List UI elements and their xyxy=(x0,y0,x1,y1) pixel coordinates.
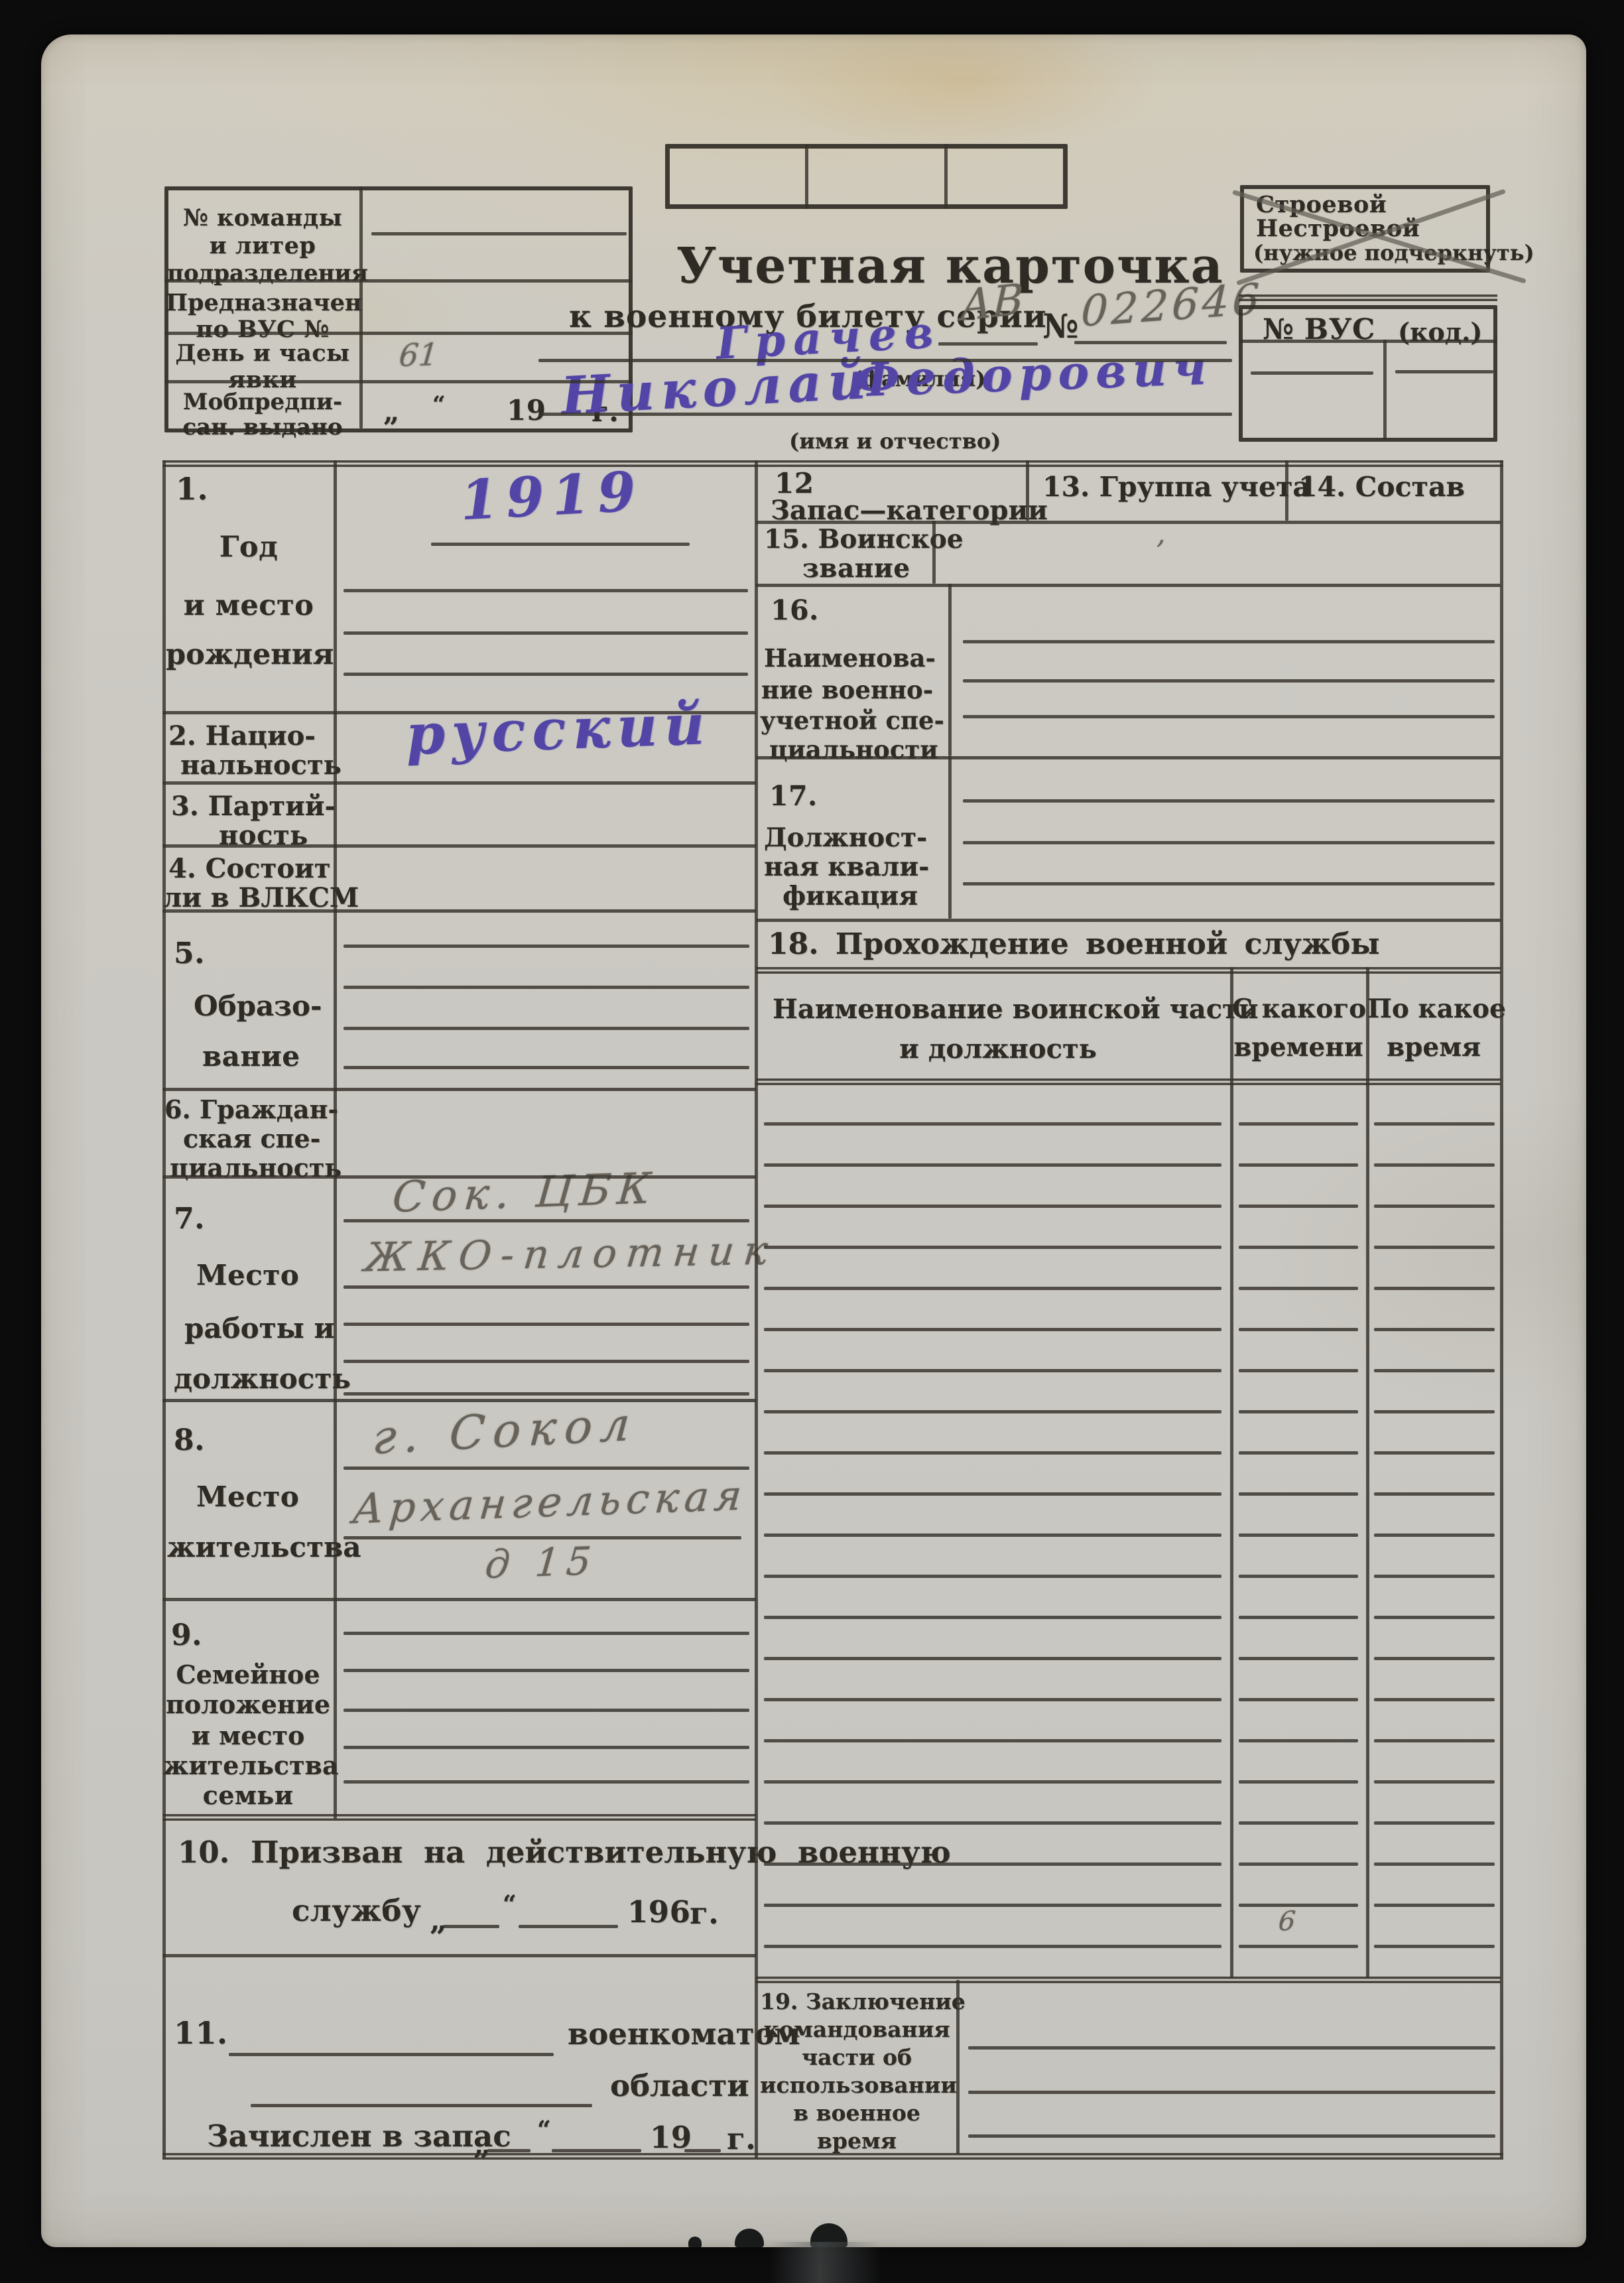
form-rule-horizontal xyxy=(963,640,1495,643)
form-rule-horizontal xyxy=(764,1821,1221,1825)
form-rule-horizontal xyxy=(344,1219,749,1222)
form-rule-horizontal xyxy=(1374,1451,1495,1455)
form-rule-horizontal xyxy=(164,332,633,335)
corner-row4-label: сан. выдано xyxy=(167,414,358,440)
form-rule-vertical xyxy=(1366,967,1369,1978)
corner-row3-label: День и часы xyxy=(167,340,358,367)
form-rule-vertical xyxy=(948,756,952,919)
form-rule-vertical xyxy=(956,1980,960,2154)
form-rule-horizontal xyxy=(538,359,1232,362)
form-rule-horizontal xyxy=(1239,1739,1358,1742)
form-rule-horizontal xyxy=(764,1780,1221,1784)
table-col2-header: времени xyxy=(1232,1032,1365,1063)
corner-row2-label: Предназначен xyxy=(166,289,359,316)
form-rule-horizontal xyxy=(1239,1575,1358,1578)
form-rule-horizontal xyxy=(764,1492,1221,1496)
item9-label: и место xyxy=(163,1721,333,1750)
item9-label: жительства xyxy=(163,1750,333,1780)
form-rule-horizontal xyxy=(1239,1904,1358,1907)
form-rule-horizontal xyxy=(764,1122,1221,1126)
form-rule-horizontal xyxy=(1374,1657,1495,1660)
form-rule-horizontal xyxy=(764,1862,1221,1866)
item10-word: службу xyxy=(292,1893,421,1928)
item8-label: Место xyxy=(196,1480,299,1513)
handwritten-series: АВ xyxy=(960,275,1025,332)
form-rule-horizontal xyxy=(344,1746,749,1749)
item11-suffix2: области xyxy=(610,2068,749,2103)
form-rule-horizontal xyxy=(1239,1246,1358,1249)
form-rule-horizontal xyxy=(443,1925,499,1928)
form-rule-horizontal xyxy=(968,2046,1495,2050)
item16-label: циальности xyxy=(769,735,938,764)
form-rule-horizontal xyxy=(1374,1410,1495,1413)
form-rule-horizontal xyxy=(344,1467,749,1470)
form-rule-horizontal xyxy=(538,413,1232,416)
form-rule-horizontal xyxy=(764,1657,1221,1660)
form-rule-vertical xyxy=(1230,967,1233,1978)
form-rule-horizontal xyxy=(1374,1575,1495,1578)
form-rule-horizontal xyxy=(756,1977,1501,1983)
form-rule-horizontal xyxy=(344,1709,749,1712)
form-rule-horizontal xyxy=(1374,1369,1495,1372)
form-rule-horizontal xyxy=(1374,1246,1495,1249)
corner-row1-label: № команды xyxy=(167,204,358,231)
item16-label: Наименова- xyxy=(764,643,936,673)
table-col2-header: С какого xyxy=(1232,994,1365,1024)
form-rule-horizontal xyxy=(1374,1163,1495,1167)
form-rule-horizontal xyxy=(1374,1780,1495,1784)
pencil-table-mark: 6 xyxy=(1277,1906,1296,1937)
item19-label: использовании xyxy=(760,2072,954,2098)
form-rule-horizontal xyxy=(764,1698,1221,1701)
form-rule-horizontal xyxy=(1374,1205,1495,1208)
scanned-military-card: № команды и литер подразделения Предназн… xyxy=(0,0,1624,2283)
form-rule-horizontal xyxy=(756,584,1501,587)
form-rule-horizontal xyxy=(162,781,756,785)
form-rule-horizontal xyxy=(162,1954,756,1957)
form-rule-horizontal xyxy=(1395,370,1493,373)
form-rule-horizontal xyxy=(1239,1945,1358,1948)
form-rule-horizontal xyxy=(1239,1616,1358,1619)
item2-label: 2. Нацио- xyxy=(168,720,316,751)
form-rule-horizontal xyxy=(344,1323,749,1326)
quote-open: „ xyxy=(383,395,400,428)
item13-label: 13. Группа учета xyxy=(1042,471,1310,503)
form-rule-horizontal xyxy=(162,844,756,848)
quote-close: “ xyxy=(432,391,446,418)
form-rule-horizontal xyxy=(963,715,1495,718)
form-rule-vertical xyxy=(805,144,808,209)
form-rule-horizontal xyxy=(756,919,1501,922)
item9-number: 9. xyxy=(171,1618,202,1652)
form-rule-horizontal xyxy=(764,1410,1221,1413)
form-rule-horizontal xyxy=(344,1632,749,1635)
item1-label: рождения xyxy=(166,638,332,671)
form-rule-horizontal xyxy=(1374,1739,1495,1742)
form-rule-vertical xyxy=(162,460,166,2158)
item5-number: 5. xyxy=(174,937,205,970)
item19-label: 19. Заключение xyxy=(760,1989,954,2014)
form-rule-vertical xyxy=(948,584,952,756)
form-rule-horizontal xyxy=(162,1088,756,1091)
form-rule-horizontal xyxy=(162,1175,756,1179)
form-rule-horizontal xyxy=(344,945,749,948)
form-rule-horizontal xyxy=(344,1780,749,1784)
form-rule-horizontal xyxy=(1374,1328,1495,1331)
form-rule-horizontal xyxy=(431,543,690,546)
form-rule-horizontal xyxy=(1374,1698,1495,1701)
printed-year-prefix: 19 xyxy=(507,394,546,426)
form-rule-horizontal xyxy=(1374,1821,1495,1825)
form-rule-horizontal xyxy=(1239,1122,1358,1126)
form-rule-horizontal xyxy=(756,521,1501,524)
form-rule-horizontal xyxy=(968,2091,1495,2094)
corner-row1-label: подразделения xyxy=(167,260,358,287)
item4-label: 4. Состоит xyxy=(168,853,330,884)
item19-label: части об xyxy=(760,2044,954,2070)
form-rule-horizontal xyxy=(963,882,1495,885)
handwritten-house: д 15 xyxy=(483,1538,599,1587)
form-rule-horizontal xyxy=(1239,1492,1358,1496)
form-rule-horizontal xyxy=(1239,1533,1358,1537)
form-rule-horizontal xyxy=(963,799,1495,803)
form-rule-horizontal xyxy=(162,1598,756,1601)
corner-row2-label: по ВУС № xyxy=(167,316,358,343)
form-rule-horizontal xyxy=(251,2104,592,2107)
item1-label: Год xyxy=(166,531,332,564)
form-rule-horizontal xyxy=(162,2153,1503,2160)
form-rule-horizontal xyxy=(1374,1533,1495,1537)
item10-year: 196 xyxy=(627,1894,690,1929)
form-rule-horizontal xyxy=(1239,1698,1358,1701)
item11-year-suffix: г. xyxy=(727,2121,756,2156)
form-rule-horizontal xyxy=(162,460,1503,467)
item1-label: и место xyxy=(166,589,332,622)
form-rule-vertical xyxy=(334,460,337,1819)
item19-label: в военное xyxy=(760,2100,954,2126)
form-rule-vertical xyxy=(1285,460,1288,521)
form-rule-vertical xyxy=(1026,460,1029,521)
quote-close: “ xyxy=(537,2116,551,2144)
form-rule-horizontal xyxy=(1239,294,1497,301)
form-rule-horizontal xyxy=(1251,371,1373,375)
item5-label: вание xyxy=(202,1040,300,1073)
form-rule-vertical xyxy=(1500,460,1503,2158)
form-rule-horizontal xyxy=(756,967,1501,974)
form-rule-horizontal xyxy=(764,1533,1221,1537)
item16-label: ние военно- xyxy=(761,675,933,704)
form-rule-horizontal xyxy=(1239,1862,1358,1866)
form-rule-horizontal xyxy=(344,673,748,676)
form-rule-horizontal xyxy=(344,986,749,989)
form-rule-horizontal xyxy=(764,1163,1221,1167)
form-rule-horizontal xyxy=(968,2134,1495,2138)
number-sign: № xyxy=(1042,306,1079,346)
item1-number: 1. xyxy=(176,471,208,507)
item9-label: положение xyxy=(163,1689,333,1719)
form-rule-horizontal xyxy=(552,2149,641,2152)
form-rule-horizontal xyxy=(764,1205,1221,1208)
form-rule-horizontal xyxy=(162,1399,756,1402)
form-rule-vertical xyxy=(1383,340,1387,440)
form-rule-horizontal xyxy=(344,1360,749,1363)
form-rule-horizontal xyxy=(764,1369,1221,1372)
form-rule-horizontal xyxy=(764,1739,1221,1742)
form-rule-horizontal xyxy=(1239,1287,1358,1290)
item11-prefix: Зачислен в запас xyxy=(207,2119,511,2154)
handwritten-nationality: русский xyxy=(405,691,712,767)
form-rule-horizontal xyxy=(344,1285,749,1289)
form-rule-horizontal xyxy=(684,2149,721,2152)
form-rule-horizontal xyxy=(519,1925,618,1928)
form-rule-horizontal xyxy=(1074,341,1227,344)
table-col3-header: По какое xyxy=(1367,994,1500,1024)
handwritten-day-hours: 61 xyxy=(398,336,440,373)
item17-label: ная квали- xyxy=(764,852,929,882)
form-rule-horizontal xyxy=(162,1814,756,1821)
quote-open: „ xyxy=(430,1902,447,1937)
form-rule-horizontal xyxy=(764,1616,1221,1619)
form-rule-horizontal xyxy=(344,631,748,635)
form-rule-horizontal xyxy=(764,1287,1221,1290)
form-rule-horizontal xyxy=(344,1027,749,1030)
item16-label: учетной спе- xyxy=(760,706,944,735)
form-rule-horizontal xyxy=(1239,1205,1358,1208)
form-rule-horizontal xyxy=(344,1536,741,1539)
item5-label: Образо- xyxy=(194,990,322,1022)
item17-label: фикация xyxy=(782,881,918,911)
form-rule-horizontal xyxy=(1239,1780,1358,1784)
item8-label: жительства xyxy=(167,1531,361,1563)
form-rule-horizontal xyxy=(1374,1122,1495,1126)
form-rule-horizontal xyxy=(1374,1862,1495,1866)
form-rule-horizontal xyxy=(1239,1369,1358,1372)
index-cells-box xyxy=(665,144,1068,209)
item2-label: нальность xyxy=(180,750,342,781)
item14-label: 14. Состав xyxy=(1298,471,1465,503)
form-rule-horizontal xyxy=(1239,1328,1358,1331)
item7-label: Место xyxy=(196,1259,299,1291)
item15-label: звание xyxy=(802,553,910,584)
item10-year-suffix: г. xyxy=(690,1896,719,1931)
item7-label: должность xyxy=(174,1362,351,1395)
form-rule-horizontal xyxy=(371,232,627,235)
form-rule-horizontal xyxy=(1239,1821,1358,1825)
name-caption: (имя и отчество) xyxy=(789,428,1001,454)
form-rule-horizontal xyxy=(162,711,756,714)
form-rule-horizontal xyxy=(756,756,1501,759)
form-rule-horizontal xyxy=(1374,1287,1495,1290)
form-rule-horizontal xyxy=(487,2149,531,2152)
handwritten-workplace: Сок. ЦБК xyxy=(391,1164,659,1222)
item6-label: ская спе- xyxy=(183,1124,320,1153)
item8-number: 8. xyxy=(174,1423,205,1457)
form-rule-vertical xyxy=(944,144,948,209)
form-rule-horizontal xyxy=(164,380,633,383)
item6-label: 6. Граждан- xyxy=(164,1094,338,1124)
form-rule-horizontal xyxy=(764,1575,1221,1578)
form-rule-vertical xyxy=(932,521,936,584)
form-rule-horizontal xyxy=(344,1066,749,1069)
item9-label: Семейное xyxy=(163,1660,333,1689)
form-rule-horizontal xyxy=(229,2053,554,2056)
item7-label: работы и xyxy=(184,1312,335,1344)
form-rule-horizontal xyxy=(344,1669,749,1672)
table-col1-header: и должность xyxy=(773,1033,1223,1065)
form-rule-horizontal xyxy=(1374,1904,1495,1907)
item17-number: 17. xyxy=(769,780,818,812)
form-rule-horizontal xyxy=(764,1451,1221,1455)
form-rule-horizontal xyxy=(963,679,1495,683)
item18-title: 18. Прохождение военной службы xyxy=(768,927,1380,961)
form-rule-horizontal xyxy=(764,1328,1221,1331)
form-rule-horizontal xyxy=(963,841,1495,844)
form-rule-horizontal xyxy=(164,279,633,283)
form-rule-vertical xyxy=(359,186,363,428)
form-rule-horizontal xyxy=(1239,1163,1358,1167)
form-rule-horizontal xyxy=(1374,1616,1495,1619)
item19-label: командования xyxy=(760,2016,954,2042)
form-rule-horizontal xyxy=(344,1392,749,1396)
form-rule-horizontal xyxy=(756,1078,1501,1085)
table-col1-header: Наименование воинской части xyxy=(773,994,1223,1025)
quote-close: “ xyxy=(503,1890,517,1918)
handwritten-position: ЖКО-плотник xyxy=(362,1228,779,1281)
form-rule-horizontal xyxy=(1374,1945,1495,1948)
corner-row1-label: и литер xyxy=(167,232,358,259)
form-rule-horizontal xyxy=(1239,1657,1358,1660)
item7-number: 7. xyxy=(174,1202,205,1236)
form-rule-horizontal xyxy=(764,1246,1221,1249)
table-col3-header: время xyxy=(1367,1032,1500,1063)
form-rule-vertical xyxy=(755,460,758,2158)
item3-label: 3. Партий- xyxy=(171,791,336,822)
item16-number: 16. xyxy=(771,594,819,626)
scan-artifact xyxy=(688,2237,702,2247)
form-rule-horizontal xyxy=(1239,340,1497,343)
item19-label: время xyxy=(760,2128,954,2154)
form-rule-horizontal xyxy=(1239,1451,1358,1455)
item9-label: семьи xyxy=(163,1780,333,1810)
item11-number: 11. xyxy=(174,2015,228,2051)
corner-row4-label: Мобпредпи- xyxy=(167,389,358,415)
item17-label: Должност- xyxy=(764,822,927,853)
form-rule-horizontal xyxy=(764,1904,1221,1907)
form-rule-horizontal xyxy=(764,1945,1221,1948)
handwritten-birth-year: 1919 xyxy=(459,460,645,533)
form-rule-horizontal xyxy=(162,909,756,913)
form-rule-horizontal xyxy=(1374,1492,1495,1496)
item4-label: ли в ВЛКСМ xyxy=(163,882,359,913)
form-rule-horizontal xyxy=(344,589,748,592)
form-rule-horizontal xyxy=(938,342,1038,346)
form-rule-horizontal xyxy=(1239,1410,1358,1413)
